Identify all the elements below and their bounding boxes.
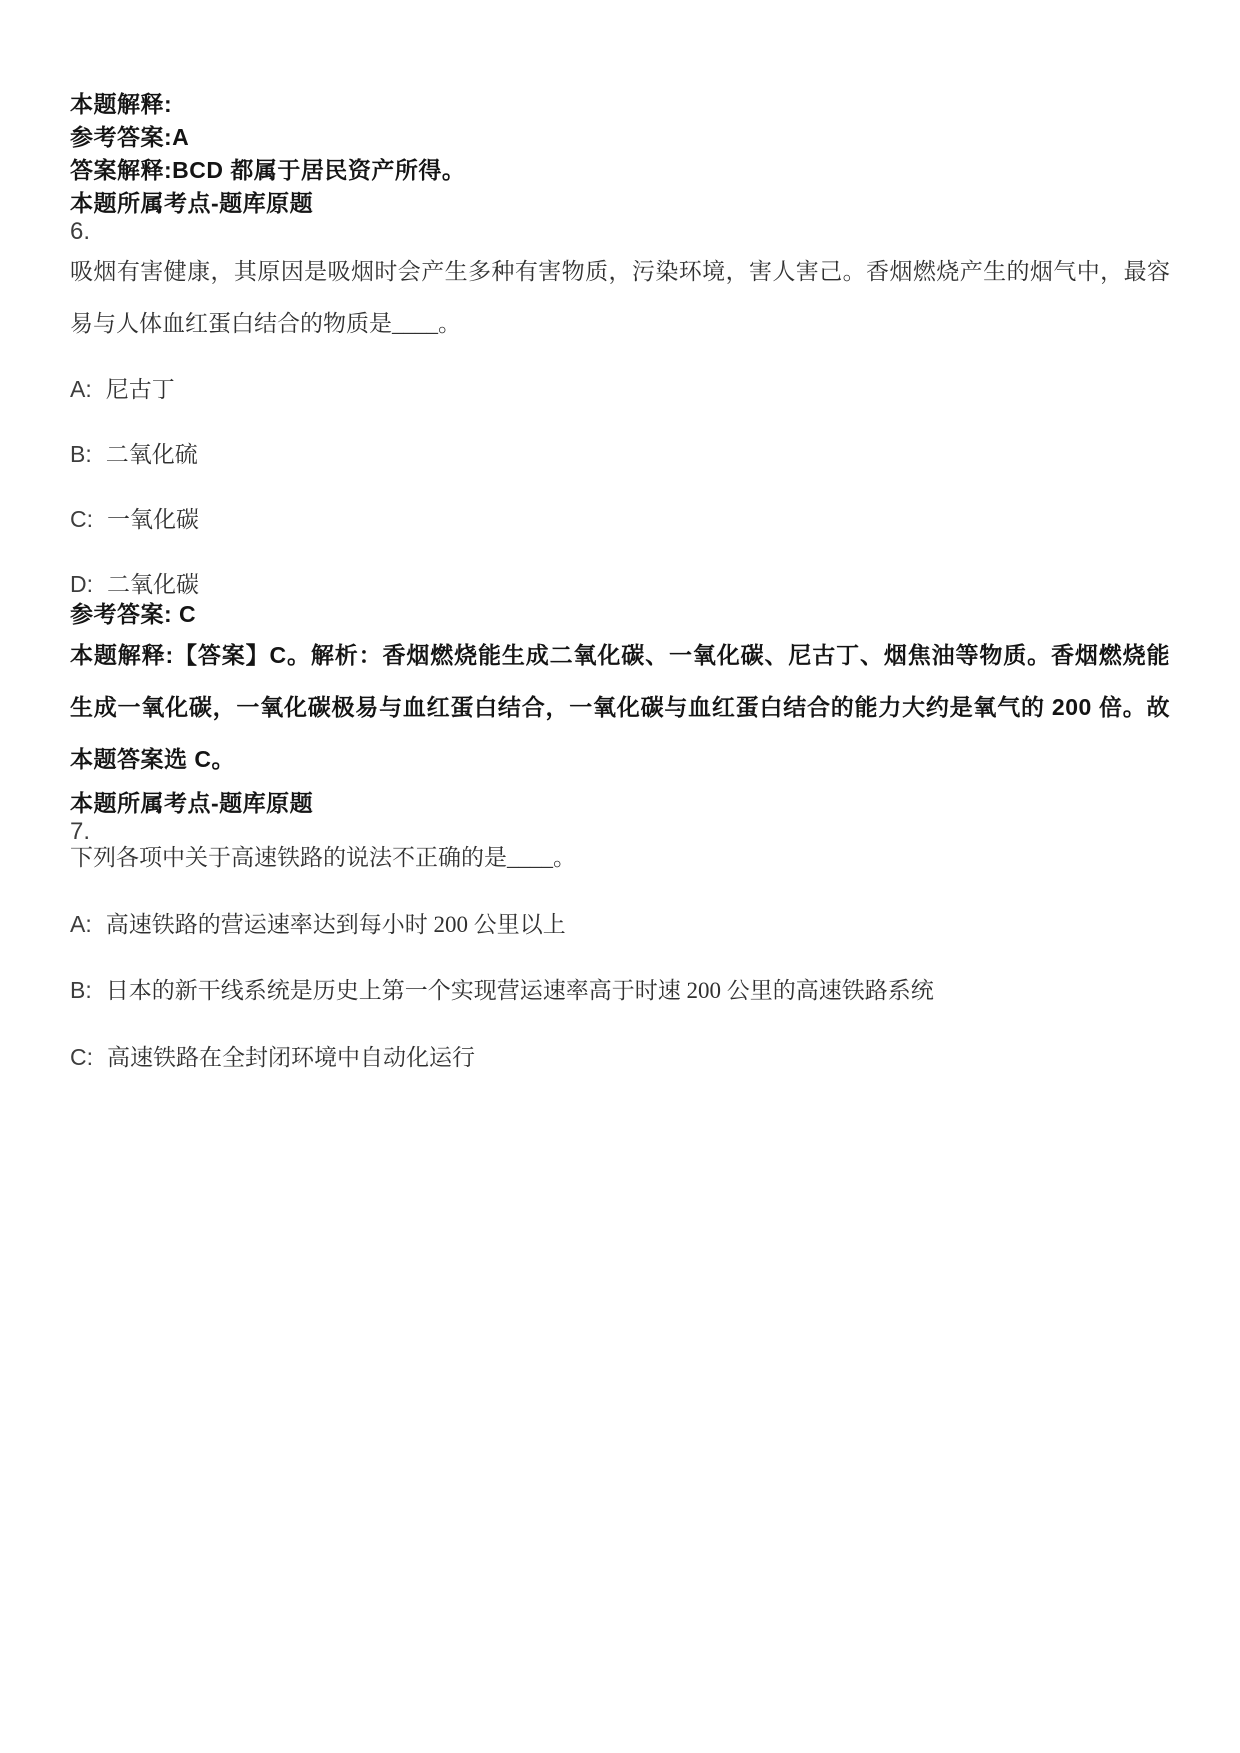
option-label: C: (70, 508, 93, 531)
option-label: B: (70, 443, 92, 466)
question7-text: 下列各项中关于高速铁路的说法不正确的是____。 (70, 846, 1170, 869)
question6-option-b: B: 二氧化硫 (70, 443, 1170, 466)
option-label: A: (70, 913, 92, 936)
topic-header: 本题所属考点-题库原题 (70, 785, 1170, 818)
question7-option-b: B: 日本的新干线系统是历史上第一个实现营运速率高于时速 200 公里的高速铁路… (70, 979, 1170, 1002)
prev-question-explain-label: 本题解释: (70, 86, 1170, 119)
question6-number: 6. (70, 218, 1170, 246)
question6-explanation: 本题解释:【答案】C。解析：香烟燃烧能生成二氧化碳、一氧化碳、尼古丁、烟焦油等物… (70, 629, 1170, 785)
document-page: 本题解释: 参考答案:A 答案解释:BCD 都属于居民资产所得。 本题所属考点-… (0, 0, 1240, 1753)
question6-option-c: C: 一氧化碳 (70, 508, 1170, 531)
question6-text: 吸烟有害健康，其原因是吸烟时会产生多种有害物质，污染环境，害人害己。香烟燃烧产生… (70, 246, 1170, 350)
option-text: 高速铁路在全封闭环境中自动化运行 (107, 1046, 475, 1069)
topic-header: 本题所属考点-题库原题 (70, 185, 1170, 218)
prev-question-answer-explanation: 答案解释:BCD 都属于居民资产所得。 (70, 152, 1170, 185)
option-text: 高速铁路的营运速率达到每小时 200 公里以上 (106, 913, 566, 936)
question6-ref-answer: 参考答案: C (70, 596, 1170, 629)
option-text: 尼古丁 (106, 378, 175, 401)
question7-option-a: A: 高速铁路的营运速率达到每小时 200 公里以上 (70, 913, 1170, 936)
question6-option-a: A: 尼古丁 (70, 378, 1170, 401)
option-label: D: (70, 573, 93, 596)
option-text: 一氧化碳 (107, 508, 199, 531)
option-text: 二氧化碳 (107, 573, 199, 596)
option-label: B: (70, 979, 92, 1002)
option-label: C: (70, 1046, 93, 1069)
option-text: 二氧化硫 (106, 443, 198, 466)
question7-option-c: C: 高速铁路在全封闭环境中自动化运行 (70, 1046, 1170, 1069)
option-label: A: (70, 378, 92, 401)
question6-option-d: D: 二氧化碳 (70, 573, 1170, 596)
prev-question-ref-answer: 参考答案:A (70, 119, 1170, 152)
option-text: 日本的新干线系统是历史上第一个实现营运速率高于时速 200 公里的高速铁路系统 (106, 979, 934, 1002)
question7-number: 7. (70, 818, 1170, 846)
